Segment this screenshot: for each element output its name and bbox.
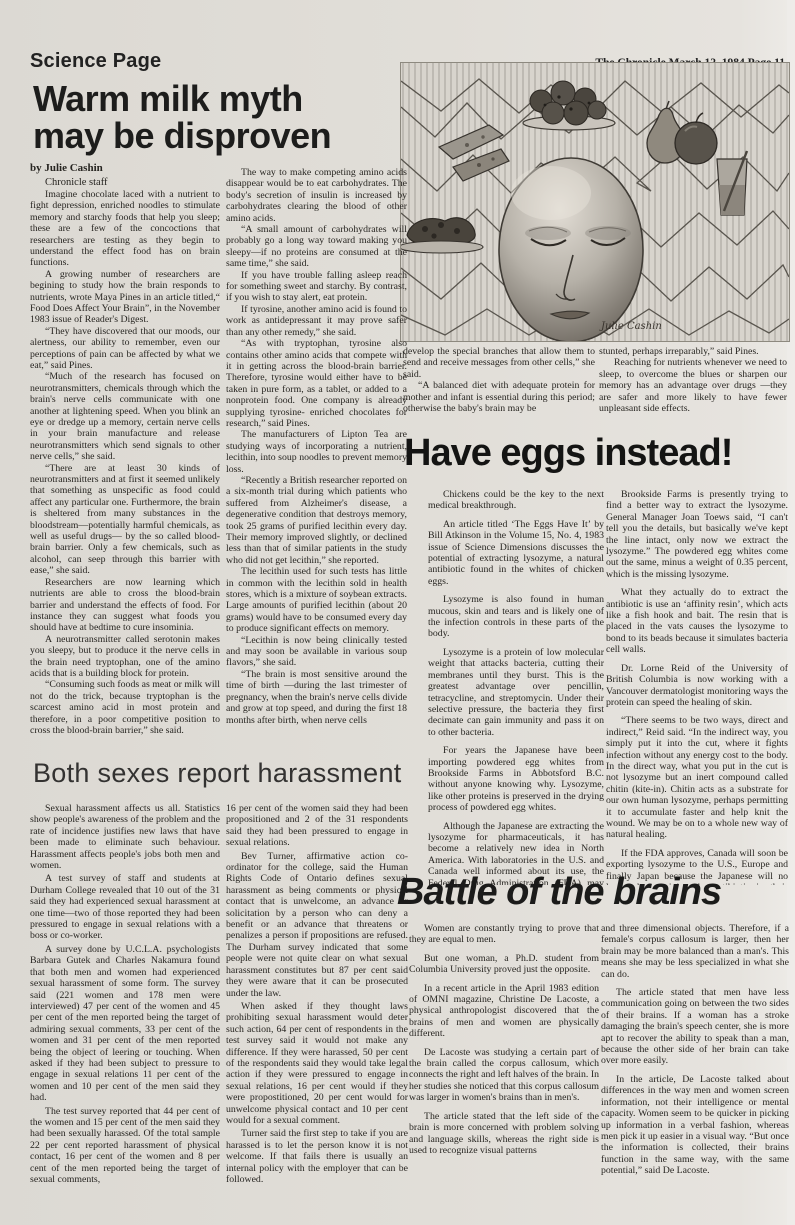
paragraph: In the article, De Lacoste talked about … xyxy=(601,1074,789,1177)
paragraph: stunted, perhaps irreparably,” said Pine… xyxy=(599,346,787,357)
paragraph: When asked if they thought laws prohibit… xyxy=(226,1001,408,1126)
byline-org: Chronicle staff xyxy=(30,176,220,189)
paragraph: The article stated that the left side of… xyxy=(409,1111,599,1157)
paragraph: Women are constantly trying to prove tha… xyxy=(409,923,599,946)
paragraph: 16 per cent of the women said they had b… xyxy=(226,803,408,849)
paragraph: “A small amount of carbohydrates will pr… xyxy=(226,224,407,270)
paragraph: develop the special branches that allow … xyxy=(403,346,595,380)
paragraph: If tyrosine, another amino acid is found… xyxy=(226,304,407,338)
paragraph: Imagine chocolate laced with a nutrient … xyxy=(30,189,220,269)
brains-column-1: Women are constantly trying to prove tha… xyxy=(409,923,599,1223)
paragraph: “Consuming such foods as meat or milk wi… xyxy=(30,679,220,736)
paragraph: The test survey reported that 44 per cen… xyxy=(30,1106,220,1186)
paragraph: Lysozyme is a protein of low molecular w… xyxy=(428,647,604,738)
paragraph: A survey done by U.C.L.A. psychologists … xyxy=(30,944,220,1104)
paragraph: In a recent article in the April 1983 ed… xyxy=(409,983,599,1040)
face-illustration xyxy=(499,158,643,341)
paragraph: Turner said the first step to take if yo… xyxy=(226,1128,408,1185)
paragraph: But one woman, a Ph.D. student from Colu… xyxy=(409,953,599,976)
paragraph: “Recently a British researcher reported … xyxy=(226,475,407,566)
drink-glass-illustration xyxy=(717,151,747,215)
paragraph: A test survey of staff and students at D… xyxy=(30,873,220,941)
brains-column-2: and three dimensional objects. Therefore… xyxy=(601,923,789,1223)
paragraph: “They have discovered that our moods, ou… xyxy=(30,326,220,372)
paragraph: “There seems to be two ways, direct and … xyxy=(606,715,788,840)
harassment-column-2: 16 per cent of the women said they had b… xyxy=(226,803,408,1221)
paragraph: Lysozyme is also found in human mucous, … xyxy=(428,594,604,640)
paragraph: De Lacoste was studying a certain part o… xyxy=(409,1047,599,1104)
warm-milk-col1-text: Imagine chocolate laced with a nutrient … xyxy=(30,189,220,737)
paragraph: Dr. Lorne Reid of the University of Brit… xyxy=(606,663,788,709)
headline-line-2: may be disproven xyxy=(33,117,398,154)
headline-brains: Battle of the brains xyxy=(397,871,789,914)
paragraph: Brookside Farms is presently trying to f… xyxy=(606,489,788,580)
illustration-drawing: Julie Cashin xyxy=(401,63,789,341)
headline-eggs: Have eggs instead! xyxy=(404,432,790,475)
paragraph: Chickens could be the key to the next me… xyxy=(428,489,604,512)
headline-warm-milk: Warm milk myth may be disproven xyxy=(33,80,398,155)
headline-harassment: Both sexes report harassment xyxy=(33,758,408,789)
paragraph: An article titled ‘The Eggs Have It’ by … xyxy=(428,519,604,587)
paragraph: “Much of the research has focused on neu… xyxy=(30,371,220,462)
paragraph: If you have trouble falling asleep reach… xyxy=(226,270,407,304)
paragraph: “The brain is most sensitive around the … xyxy=(226,669,407,726)
paragraph: What they actually do to extract the ant… xyxy=(606,587,788,655)
newspaper-page: Science Page The Chronicle March 12, 198… xyxy=(0,0,795,1225)
paragraph: The manufacturers of Lipton Tea are stud… xyxy=(226,429,407,475)
harassment-column-1: Sexual harassment affects us all. Statis… xyxy=(30,803,220,1221)
illustration-signature: Julie Cashin xyxy=(599,321,662,332)
paragraph: “Lecithin is now being clinically tested… xyxy=(226,635,407,669)
paragraph: “There are at least 30 kinds of neurotra… xyxy=(30,463,220,577)
paragraph: A growing number of researchers are begi… xyxy=(30,269,220,326)
paragraph: The article stated that men have less co… xyxy=(601,987,789,1067)
section-label: Science Page xyxy=(30,50,161,73)
paragraph: Bev Turner, affirmative action co-ordina… xyxy=(226,851,408,999)
illustration-food-face: Julie Cashin xyxy=(400,62,790,342)
paragraph: “A balanced diet with adequate protein f… xyxy=(403,380,595,414)
paragraph: Researchers are now learning which nutri… xyxy=(30,577,220,634)
paragraph: For years the Japanese have been importi… xyxy=(428,745,604,813)
paragraph: The lecithin used for such tests has lit… xyxy=(226,566,407,634)
eggs-column-1: Chickens could be the key to the next me… xyxy=(428,489,604,885)
warm-milk-column-3: develop the special branches that allow … xyxy=(403,346,595,424)
byline: by Julie Cashin xyxy=(30,162,220,176)
paragraph: The way to make competing amino acids di… xyxy=(226,167,407,224)
paragraph: and three dimensional objects. Therefore… xyxy=(601,923,789,980)
paragraph: Reaching for nutrients whenever we need … xyxy=(599,357,787,414)
eggs-column-2: Brookside Farms is presently trying to f… xyxy=(606,489,788,885)
warm-milk-column-2: The way to make competing amino acids di… xyxy=(226,167,407,748)
headline-line-1: Warm milk myth xyxy=(33,80,398,117)
warm-milk-column-1: by Julie Cashin Chronicle staff Imagine … xyxy=(30,162,220,748)
paragraph: A neurotransmitter called serotonin make… xyxy=(30,634,220,680)
paragraph: Sexual harassment affects us all. Statis… xyxy=(30,803,220,871)
warm-milk-column-4: stunted, perhaps irreparably,” said Pine… xyxy=(599,346,787,424)
paragraph: “As with tryptophan, tyrosine also conta… xyxy=(226,338,407,429)
